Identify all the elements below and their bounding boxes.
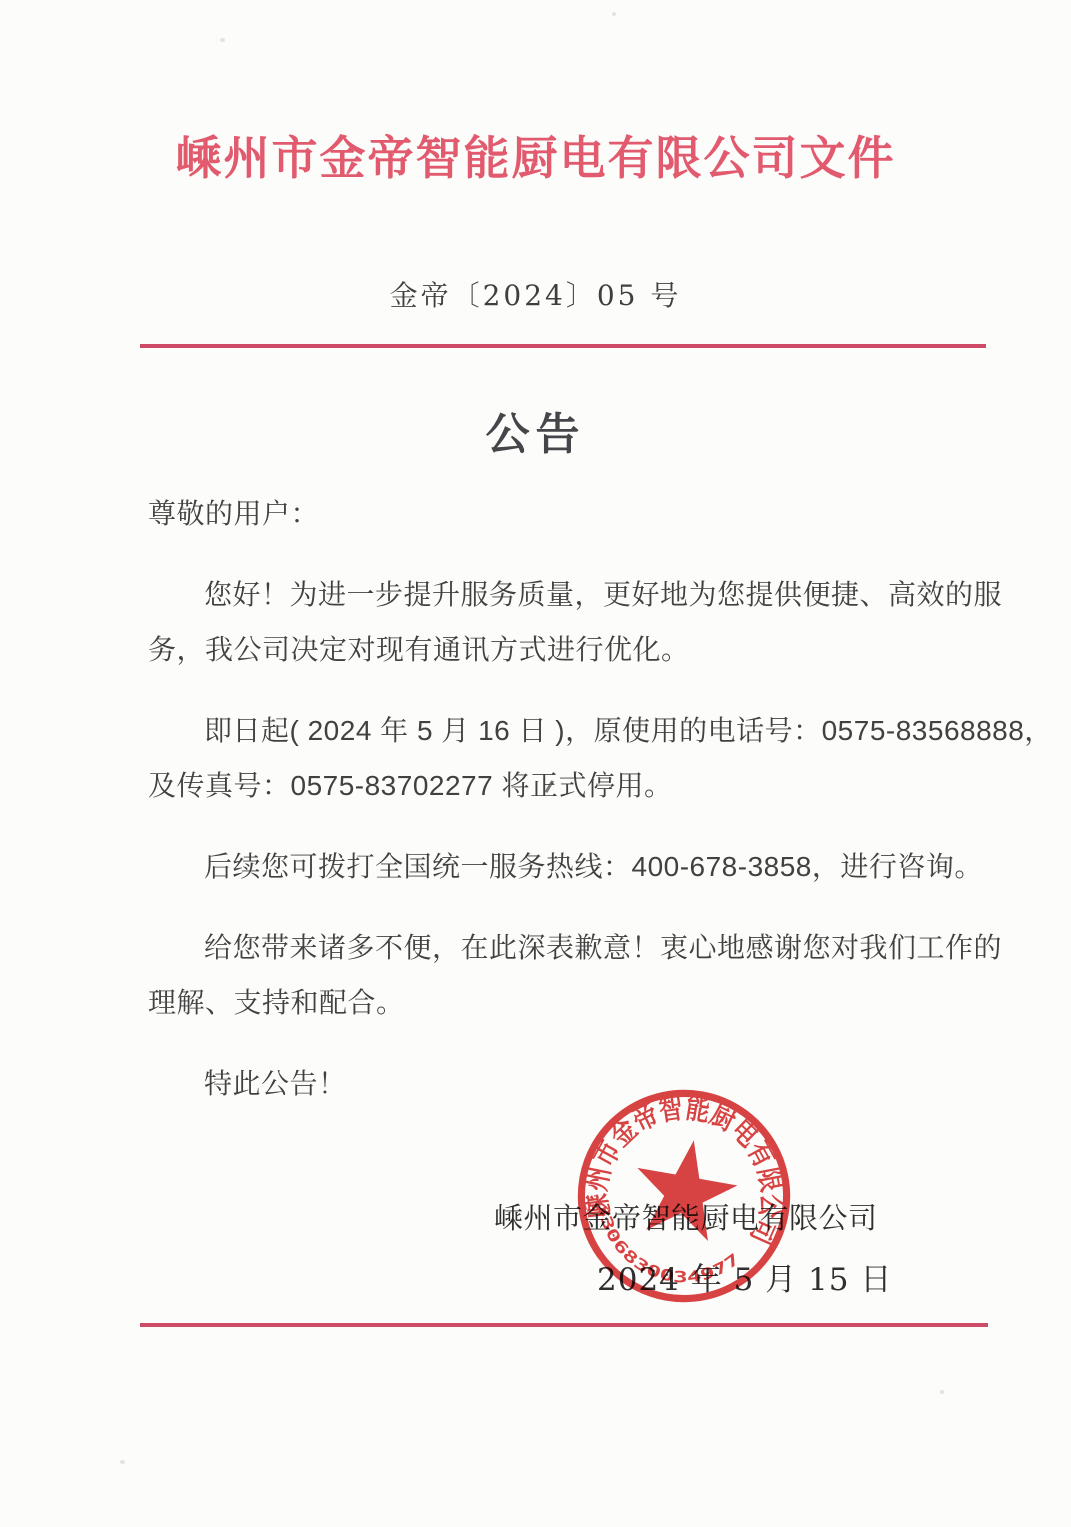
- body-line: 您好！为进一步提升服务质量，更好地为您提供便捷、高效的服: [148, 567, 941, 622]
- body-line: 后续您可拨打全国统一服务热线：400-678-3858，进行咨询。: [148, 839, 941, 894]
- body-line: 即日起( 2024 年 5 月 16 日 )，原使用的电话号：0575-8356…: [148, 703, 941, 758]
- announcement-document: 嵊州市金帝智能厨电有限公司文件 金帝〔2024〕05 号 公告 尊敬的用户： 您…: [0, 0, 1071, 1527]
- closing-line: 特此公告！: [148, 1056, 941, 1111]
- body-line: 给您带来诸多不便，在此深表歉意！衷心地感谢您对我们工作的: [148, 920, 941, 975]
- signature-company-name: 嵊州市金帝智能厨电有限公司: [494, 1196, 878, 1237]
- body-line: 务，我公司决定对现有通讯方式进行优化。: [148, 622, 941, 677]
- company-document-title: 嵊州市金帝智能厨电有限公司文件: [0, 0, 1071, 188]
- header-divider-line: [140, 344, 986, 348]
- salutation: 尊敬的用户：: [148, 486, 941, 541]
- document-number: 金帝〔2024〕05 号: [0, 274, 1071, 314]
- announcement-heading: 公告: [0, 398, 1071, 462]
- footer-divider-line: [140, 1323, 988, 1327]
- body-line: 理解、支持和配合。: [148, 975, 941, 1030]
- signature-date: 2024 年 5 月 15 日: [597, 1254, 892, 1299]
- announcement-body: 尊敬的用户： 您好！为进一步提升服务质量，更好地为您提供便捷、高效的服 务，我公…: [0, 486, 1071, 1111]
